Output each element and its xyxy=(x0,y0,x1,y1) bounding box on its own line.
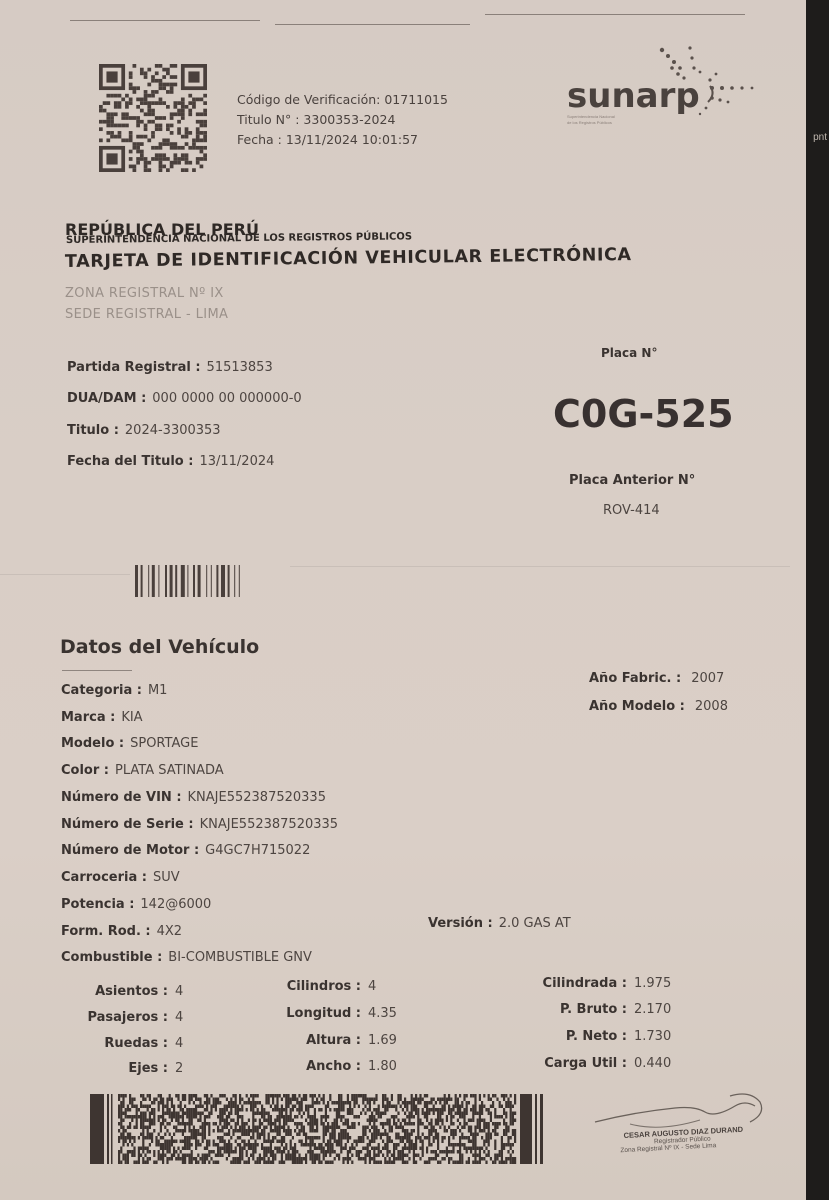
placa-anterior-value: ROV-414 xyxy=(603,503,660,518)
vehicle-field-row: Carroceria :SUV xyxy=(61,868,180,886)
field-value: SPORTAGE xyxy=(130,736,198,751)
anio-modelo-value: 2008 xyxy=(695,699,728,714)
top-rule xyxy=(275,24,470,25)
section-title-datos-vehiculo: Datos del Vehículo xyxy=(60,636,259,658)
edge-text: pnt xyxy=(813,132,827,143)
spec-label: Altura : xyxy=(306,1033,361,1048)
field-value: PLATA SATINADA xyxy=(115,763,224,778)
codigo-label: Código de Verificación: xyxy=(237,92,380,107)
fold-line xyxy=(290,566,790,567)
placa-value: C0G-525 xyxy=(553,392,734,436)
spec-label: Cilindrada : xyxy=(543,976,627,991)
field-value: KNAJE552387520335 xyxy=(188,790,326,805)
version-field: Versión :2.0 GAS AT xyxy=(428,914,571,932)
vehicle-field-row: Número de Motor :G4GC7H715022 xyxy=(61,841,310,859)
spec-value: 4 xyxy=(368,979,376,994)
spec-label: P. Neto : xyxy=(566,1029,627,1044)
placa-label: Placa N° xyxy=(601,346,657,360)
spec-value: 1.975 xyxy=(634,976,671,991)
field-label: Marca : xyxy=(61,710,115,725)
anio-fabric-value: 2007 xyxy=(691,671,724,686)
anio-modelo-field: Año Modelo :2008 xyxy=(589,697,728,715)
field-value: M1 xyxy=(148,683,168,698)
spec-label: Ancho : xyxy=(306,1059,361,1074)
fecha-titulo-value: 13/11/2024 xyxy=(199,454,274,469)
spec-value: 4 xyxy=(175,984,183,999)
version-value: 2.0 GAS AT xyxy=(499,916,571,931)
vehicle-field-row: Potencia :142@6000 xyxy=(61,895,211,913)
spec-value: 4 xyxy=(175,1036,183,1051)
partida-registral-field: Partida Registral :51513853 xyxy=(67,358,273,376)
field-label: Potencia : xyxy=(61,897,134,912)
titulo-label: Titulo N° : xyxy=(237,112,299,127)
spec-value: 2.170 xyxy=(634,1002,671,1017)
field-label: Combustible : xyxy=(61,950,162,965)
sunarp-dots-logo-icon xyxy=(650,42,765,122)
partida-value: 51513853 xyxy=(207,360,273,375)
vehicle-field-row: Modelo :SPORTAGE xyxy=(61,734,198,752)
field-label: Número de Motor : xyxy=(61,843,199,858)
dua-value: 000 0000 00 000000-0 xyxy=(152,391,301,406)
codigo-value: 01711015 xyxy=(384,92,448,107)
vehicle-field-row: Color :PLATA SATINADA xyxy=(61,761,224,779)
pdf417-barcode-icon xyxy=(90,1090,548,1166)
titulo-value: 2024-3300353 xyxy=(125,423,221,438)
field-value: G4GC7H715022 xyxy=(205,843,310,858)
spec-label: P. Bruto : xyxy=(560,1002,627,1017)
spec-label: Carga Util : xyxy=(544,1056,627,1071)
vehicle-field-row: Número de Serie :KNAJE552387520335 xyxy=(61,815,338,833)
spec-value: 1.730 xyxy=(634,1029,671,1044)
heading-tarjeta: TARJETA DE IDENTIFICACIÓN VEHICULAR ELEC… xyxy=(65,245,632,272)
field-label: Form. Rod. : xyxy=(61,924,151,939)
sede-registral: SEDE REGISTRAL - LIMA xyxy=(65,307,228,322)
vehicle-id-card-document: Código de Verificación: 01711015 Titulo … xyxy=(0,0,806,1200)
vehicle-field-row: Marca :KIA xyxy=(61,708,143,726)
field-label: Color : xyxy=(61,763,109,778)
fecha-value: 13/11/2024 10:01:57 xyxy=(286,132,418,147)
anio-fabric-label: Año Fabric. : xyxy=(589,671,681,686)
spec-label: Ejes : xyxy=(128,1061,168,1076)
spec-label: Cilindros : xyxy=(287,979,361,994)
spec-value: 1.80 xyxy=(368,1059,397,1074)
anio-modelo-label: Año Modelo : xyxy=(589,699,685,714)
field-label: Número de VIN : xyxy=(61,790,182,805)
fecha-titulo-field: Fecha del Titulo :13/11/2024 xyxy=(67,452,274,470)
spec-value: 1.69 xyxy=(368,1033,397,1048)
anio-fabric-field: Año Fabric. :2007 xyxy=(589,669,724,687)
background-edge: pnt xyxy=(806,0,829,1200)
spec-label: Ruedas : xyxy=(104,1036,168,1051)
fold-line xyxy=(0,574,130,575)
spec-value: 0.440 xyxy=(634,1056,671,1071)
top-rule xyxy=(70,20,260,21)
spec-label: Asientos : xyxy=(95,984,168,999)
vehicle-field-row: Categoria :M1 xyxy=(61,681,167,699)
titulo-field: Titulo :2024-3300353 xyxy=(67,421,221,439)
spec-label: Pasajeros : xyxy=(87,1010,168,1025)
partida-label: Partida Registral : xyxy=(67,360,201,375)
vehicle-field-row: Combustible :BI-COMBUSTIBLE GNV xyxy=(61,948,312,966)
heading-superintendencia: SUPERINTENDENCIA NACIONAL DE LOS REGISTR… xyxy=(66,231,412,246)
fecha-label: Fecha : xyxy=(237,132,282,147)
field-value: 142@6000 xyxy=(140,897,211,912)
titulo-value: 3300353-2024 xyxy=(303,112,395,127)
dua-label: DUA/DAM : xyxy=(67,391,146,406)
field-value: BI-COMBUSTIBLE GNV xyxy=(168,950,312,965)
vehicle-field-row: Número de VIN :KNAJE552387520335 xyxy=(61,788,326,806)
verification-block: Código de Verificación: 01711015 Titulo … xyxy=(237,90,448,150)
signature-block: CESAR AUGUSTO DIAZ DURAND Registrador Pú… xyxy=(590,1088,790,1168)
spec-value: 2 xyxy=(175,1061,183,1076)
spec-value: 4.35 xyxy=(368,1006,397,1021)
field-value: 4X2 xyxy=(157,924,182,939)
field-label: Carroceria : xyxy=(61,870,147,885)
barcode-icon xyxy=(131,563,285,599)
field-label: Categoria : xyxy=(61,683,142,698)
zona-registral: ZONA REGISTRAL Nº IX xyxy=(65,286,224,301)
field-label: Número de Serie : xyxy=(61,817,194,832)
field-value: KNAJE552387520335 xyxy=(200,817,338,832)
spec-value: 4 xyxy=(175,1010,183,1025)
spec-label: Longitud : xyxy=(286,1006,361,1021)
dua-dam-field: DUA/DAM :000 0000 00 000000-0 xyxy=(67,389,302,407)
field-value: SUV xyxy=(153,870,180,885)
section-underline xyxy=(62,670,132,671)
qr-code-icon xyxy=(96,64,210,172)
field-label: Modelo : xyxy=(61,736,124,751)
version-label: Versión : xyxy=(428,916,493,931)
top-rule xyxy=(485,14,745,15)
placa-anterior-label: Placa Anterior N° xyxy=(569,473,695,488)
field-value: KIA xyxy=(121,710,142,725)
titulo-label: Titulo : xyxy=(67,423,119,438)
fecha-titulo-label: Fecha del Titulo : xyxy=(67,454,193,469)
vehicle-field-row: Form. Rod. :4X2 xyxy=(61,922,182,940)
